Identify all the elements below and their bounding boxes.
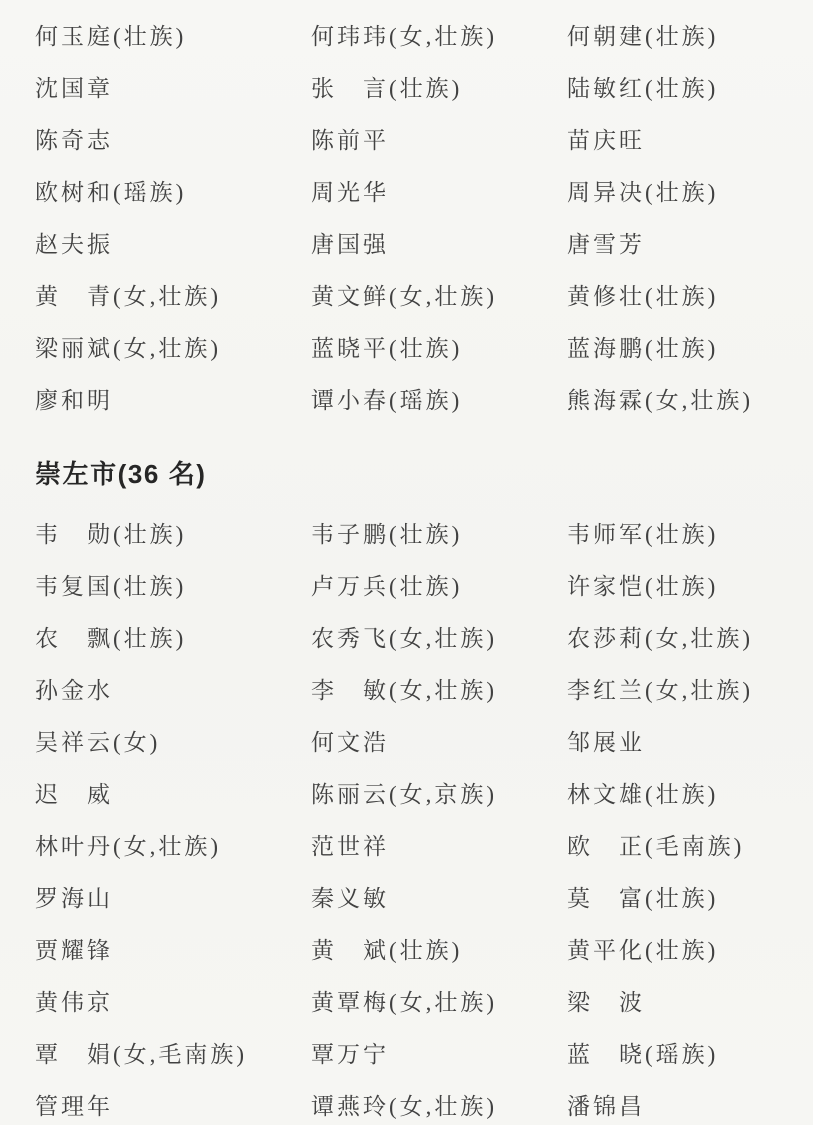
- person-name: 何朝建(壮族): [567, 18, 793, 51]
- roster-row: 贾耀锋黄 斌(壮族)黄平化(壮族): [35, 922, 793, 974]
- roster-row: 欧树和(瑶族)周光华周异决(壮族): [35, 164, 793, 216]
- roster-row: 覃 娟(女,毛南族)覃万宁蓝 晓(瑶族): [35, 1026, 793, 1078]
- person-name: 唐国强: [311, 226, 567, 259]
- document-page: 何玉庭(壮族)何玮玮(女,壮族)何朝建(壮族)沈国章张 言(壮族)陆敏红(壮族)…: [0, 0, 813, 1125]
- roster-row: 孙金水李 敏(女,壮族)李红兰(女,壮族): [35, 662, 793, 714]
- person-name: 黄文鲜(女,壮族): [311, 278, 567, 311]
- person-name: 蓝晓平(壮族): [311, 330, 567, 363]
- person-name: 范世祥: [311, 828, 567, 861]
- person-name: 唐雪芳: [567, 226, 793, 259]
- person-name: 欧树和(瑶族): [35, 174, 311, 207]
- person-name: 莫 富(壮族): [567, 880, 793, 913]
- person-name: 陈丽云(女,京族): [311, 776, 567, 809]
- person-name: 梁 波: [567, 984, 793, 1017]
- person-name: 秦义敏: [311, 880, 567, 913]
- person-name: 张 言(壮族): [311, 70, 567, 103]
- person-name: 黄伟京: [35, 984, 311, 1017]
- roster-row: 陈奇志陈前平苗庆旺: [35, 112, 793, 164]
- roster-row: 韦复国(壮族)卢万兵(壮族)许家恺(壮族): [35, 558, 793, 610]
- person-name: 欧 正(毛南族): [567, 828, 793, 861]
- roster-row: 梁丽斌(女,壮族)蓝晓平(壮族)蓝海鹏(壮族): [35, 320, 793, 372]
- person-name: 黄平化(壮族): [567, 932, 793, 965]
- person-name: 黄 青(女,壮族): [35, 278, 311, 311]
- person-name: 苗庆旺: [567, 122, 793, 155]
- roster-row: 管理年谭燕玲(女,壮族)潘锦昌: [35, 1078, 793, 1125]
- roster-row: 迟 威陈丽云(女,京族)林文雄(壮族): [35, 766, 793, 818]
- person-name: 何玉庭(壮族): [35, 18, 311, 51]
- person-name: 迟 威: [35, 776, 311, 809]
- person-name: 何玮玮(女,壮族): [311, 18, 567, 51]
- roster-row: 农 飘(壮族)农秀飞(女,壮族)农莎莉(女,壮族): [35, 610, 793, 662]
- person-name: 邹展业: [567, 724, 793, 757]
- person-name: 罗海山: [35, 880, 311, 913]
- person-name: 蓝海鹏(壮族): [567, 330, 793, 363]
- person-name: 谭燕玲(女,壮族): [311, 1088, 567, 1121]
- person-name: 林文雄(壮族): [567, 776, 793, 809]
- roster-row: 韦 勋(壮族)韦子鹏(壮族)韦师军(壮族): [35, 506, 793, 558]
- roster-row: 何玉庭(壮族)何玮玮(女,壮族)何朝建(壮族): [35, 8, 793, 60]
- person-name: 许家恺(壮族): [567, 568, 793, 601]
- person-name: 农莎莉(女,壮族): [567, 620, 793, 653]
- roster-row: 赵夫振唐国强唐雪芳: [35, 216, 793, 268]
- person-name: 农 飘(壮族): [35, 620, 311, 653]
- roster-row: 廖和明谭小春(瑶族)熊海霖(女,壮族): [35, 372, 793, 424]
- roster-rows-chongzuo: 韦 勋(壮族)韦子鹏(壮族)韦师军(壮族)韦复国(壮族)卢万兵(壮族)许家恺(壮…: [35, 506, 793, 1125]
- roster-row: 沈国章张 言(壮族)陆敏红(壮族): [35, 60, 793, 112]
- person-name: 吴祥云(女): [35, 724, 311, 757]
- person-name: 韦师军(壮族): [567, 516, 793, 549]
- person-name: 韦复国(壮族): [35, 568, 311, 601]
- person-name: 覃 娟(女,毛南族): [35, 1036, 311, 1069]
- person-name: 何文浩: [311, 724, 567, 757]
- person-name: 沈国章: [35, 70, 311, 103]
- person-name: 农秀飞(女,壮族): [311, 620, 567, 653]
- person-name: 廖和明: [35, 382, 311, 415]
- person-name: 覃万宁: [311, 1036, 567, 1069]
- person-name: 蓝 晓(瑶族): [567, 1036, 793, 1069]
- person-name: 陆敏红(壮族): [567, 70, 793, 103]
- person-name: 李 敏(女,壮族): [311, 672, 567, 705]
- person-name: 陈前平: [311, 122, 567, 155]
- person-name: 孙金水: [35, 672, 311, 705]
- person-name: 贾耀锋: [35, 932, 311, 965]
- roster-section-continued: 何玉庭(壮族)何玮玮(女,壮族)何朝建(壮族)沈国章张 言(壮族)陆敏红(壮族)…: [35, 8, 793, 424]
- roster-rows-continued: 何玉庭(壮族)何玮玮(女,壮族)何朝建(壮族)沈国章张 言(壮族)陆敏红(壮族)…: [35, 8, 793, 424]
- person-name: 管理年: [35, 1088, 311, 1121]
- person-name: 梁丽斌(女,壮族): [35, 330, 311, 363]
- roster-section-chongzuo: 崇左市(36 名) 韦 勋(壮族)韦子鹏(壮族)韦师军(壮族)韦复国(壮族)卢万…: [35, 456, 793, 1125]
- person-name: 陈奇志: [35, 122, 311, 155]
- section-header-chongzuo: 崇左市(36 名): [35, 456, 793, 492]
- roster-row: 吴祥云(女)何文浩邹展业: [35, 714, 793, 766]
- person-name: 卢万兵(壮族): [311, 568, 567, 601]
- person-name: 周异决(壮族): [567, 174, 793, 207]
- person-name: 熊海霖(女,壮族): [567, 382, 793, 415]
- roster-row: 黄 青(女,壮族)黄文鲜(女,壮族)黄修壮(壮族): [35, 268, 793, 320]
- person-name: 黄 斌(壮族): [311, 932, 567, 965]
- roster-row: 林叶丹(女,壮族)范世祥欧 正(毛南族): [35, 818, 793, 870]
- person-name: 韦子鹏(壮族): [311, 516, 567, 549]
- person-name: 潘锦昌: [567, 1088, 793, 1121]
- person-name: 周光华: [311, 174, 567, 207]
- roster-row: 黄伟京黄覃梅(女,壮族)梁 波: [35, 974, 793, 1026]
- person-name: 林叶丹(女,壮族): [35, 828, 311, 861]
- person-name: 黄修壮(壮族): [567, 278, 793, 311]
- person-name: 韦 勋(壮族): [35, 516, 311, 549]
- person-name: 李红兰(女,壮族): [567, 672, 793, 705]
- roster-row: 罗海山秦义敏莫 富(壮族): [35, 870, 793, 922]
- person-name: 谭小春(瑶族): [311, 382, 567, 415]
- person-name: 黄覃梅(女,壮族): [311, 984, 567, 1017]
- person-name: 赵夫振: [35, 226, 311, 259]
